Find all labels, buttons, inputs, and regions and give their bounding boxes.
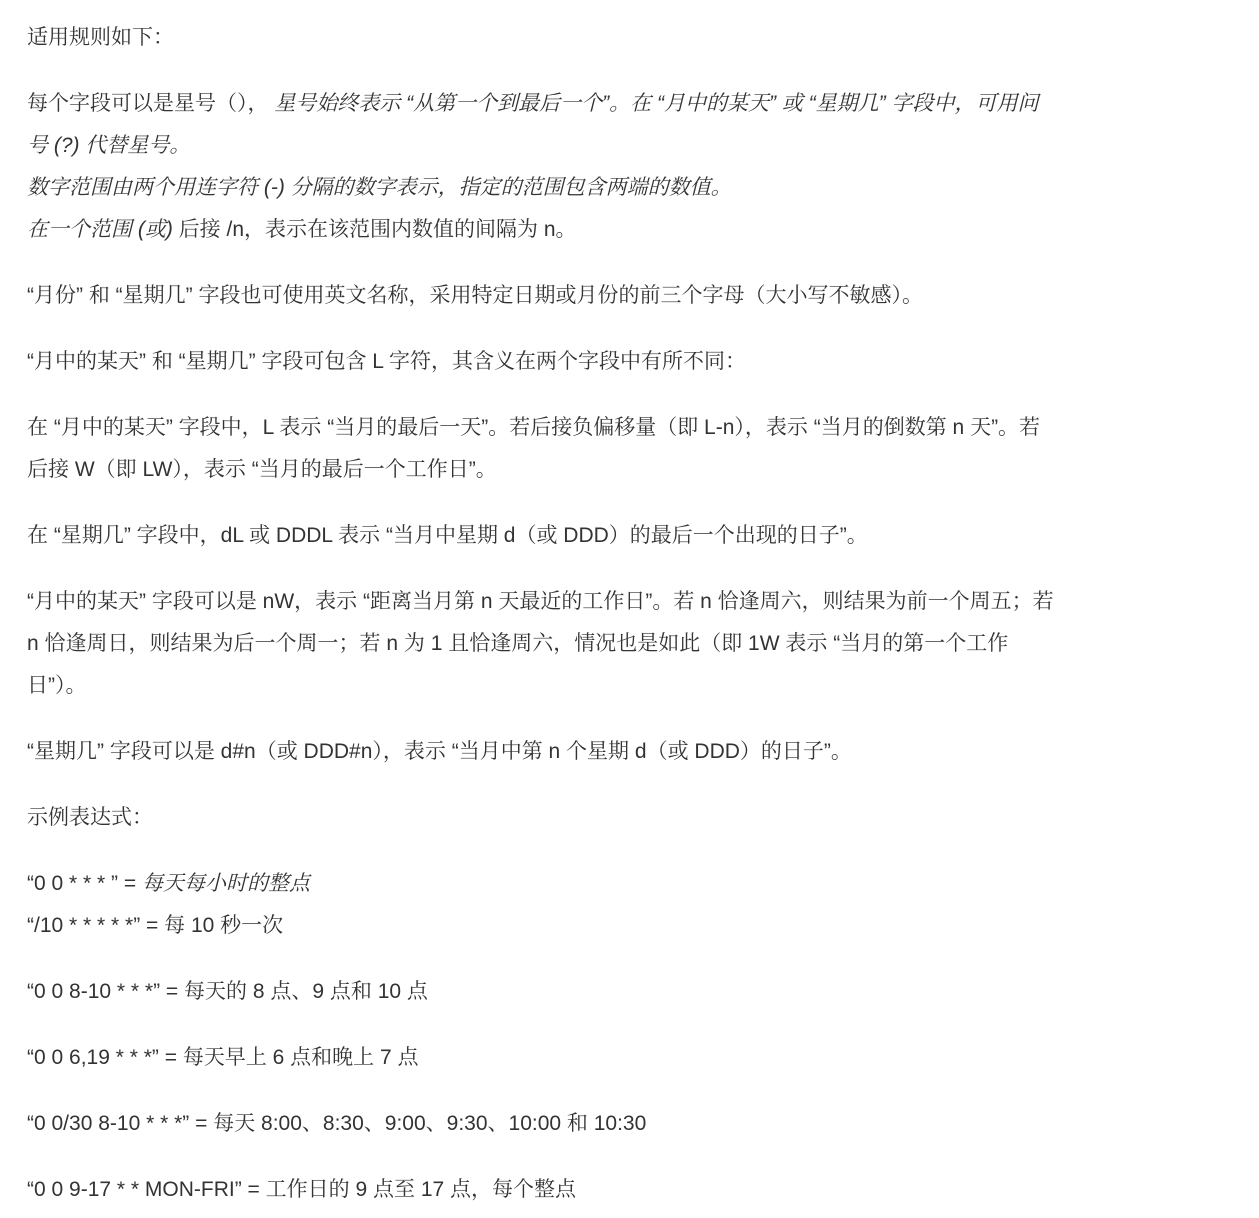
text-line: n 恰逢周日，则结果为后一个周一；若 n 为 1 且恰逢周六，情况也是如此（即 … [27,623,1239,665]
text-segment: 星号始终表示 “从第一个到最后一个”。在 “月中的某天” 或 “星期几” 字段中… [274,92,1038,115]
text-line: “0 0 * * * ” = 每天每小时的整点 [27,863,1239,905]
paragraph: 示例表达式： [27,797,1239,839]
text-line: “0 0/30 8-10 * * *” = 每天 8:00、8:30、9:00、… [27,1103,1239,1145]
text-line: “星期几” 字段可以是 d#n（或 DDD#n），表示 “当月中第 n 个星期 … [27,731,1239,773]
text-segment: “0 0/30 8-10 * * *” = 每天 8:00、8:30、9:00、… [27,1112,646,1135]
text-segment: 数字范围由两个用连字符 (-) 分隔的数字表示，指定的范围包含两端的数值。 [27,176,732,199]
text-line: 在 “星期几” 字段中，dL 或 DDDL 表示 “当月中星期 d（或 DDD）… [27,515,1239,557]
text-line: 后接 W（即 LW），表示 “当月的最后一个工作日”。 [27,449,1239,491]
text-segment: 每个字段可以是星号（）， [27,92,274,115]
text-segment: “0 0 * * * ” = [27,872,142,895]
paragraph: 在 “月中的某天” 字段中，L 表示 “当月的最后一天”。若后接负偏移量（即 L… [27,407,1239,491]
text-segment: “0 0 8-10 * * *” = 每天的 8 点、9 点和 10 点 [27,980,428,1003]
text-segment: “月中的某天” 字段可以是 nW，表示 “距离当月第 n 天最近的工作日”。若 … [27,590,1054,613]
paragraph: “月份” 和 “星期几” 字段也可使用英文名称，采用特定日期或月份的前三个字母（… [27,275,1239,317]
text-segment: 每天每小时的整点 [142,872,310,895]
text-line: 适用规则如下： [27,17,1239,59]
text-line: “0 0 6,19 * * *” = 每天早上 6 点和晚上 7 点 [27,1037,1239,1079]
text-segment: 在一个范围 (或) [27,218,179,241]
text-line: “0 0 8-10 * * *” = 每天的 8 点、9 点和 10 点 [27,971,1239,1013]
paragraph: 每个字段可以是星号（）， 星号始终表示 “从第一个到最后一个”。在 “月中的某天… [27,83,1239,251]
text-segment: “月份” 和 “星期几” 字段也可使用英文名称，采用特定日期或月份的前三个字母（… [27,284,923,307]
text-segment: 后接 W（即 LW），表示 “当月的最后一个工作日”。 [27,458,497,481]
text-segment: “月中的某天” 和 “星期几” 字段可包含 L 字符，其含义在两个字段中有所不同… [27,350,746,373]
text-line: “/10 * * * * *” = 每 10 秒一次 [27,905,1239,947]
text-line: 数字范围由两个用连字符 (-) 分隔的数字表示，指定的范围包含两端的数值。 [27,167,1239,209]
text-segment: “0 0 9-17 * * MON-FRI” = 工作日的 9 点至 17 点，… [27,1178,576,1201]
text-segment: 号 (?) 代替星号。 [27,134,190,157]
text-line: “月中的某天” 和 “星期几” 字段可包含 L 字符，其含义在两个字段中有所不同… [27,341,1239,383]
paragraph: “月中的某天” 字段可以是 nW，表示 “距离当月第 n 天最近的工作日”。若 … [27,581,1239,707]
text-line: 在一个范围 (或) 后接 /n，表示在该范围内数值的间隔为 n。 [27,209,1239,251]
text-segment: 在 “月中的某天” 字段中，L 表示 “当月的最后一天”。若后接负偏移量（即 L… [27,416,1040,439]
text-segment: “/10 * * * * *” = 每 10 秒一次 [27,914,283,937]
text-line: “月份” 和 “星期几” 字段也可使用英文名称，采用特定日期或月份的前三个字母（… [27,275,1239,317]
text-line: 示例表达式： [27,797,1239,839]
text-line: 日”）。 [27,665,1239,707]
text-line: “0 0 9-17 * * MON-FRI” = 工作日的 9 点至 17 点，… [27,1169,1239,1211]
paragraph: “0 0 * * * ” = 每天每小时的整点“/10 * * * * *” =… [27,863,1239,947]
text-segment: 在 “星期几” 字段中，dL 或 DDDL 表示 “当月中星期 d（或 DDD）… [27,524,868,547]
text-segment: “0 0 6,19 * * *” = 每天早上 6 点和晚上 7 点 [27,1046,419,1069]
paragraph: 适用规则如下： [27,17,1239,59]
paragraph: 在 “星期几” 字段中，dL 或 DDDL 表示 “当月中星期 d（或 DDD）… [27,515,1239,557]
paragraph: “0 0/30 8-10 * * *” = 每天 8:00、8:30、9:00、… [27,1103,1239,1145]
paragraph: “0 0 8-10 * * *” = 每天的 8 点、9 点和 10 点 [27,971,1239,1013]
paragraph: “0 0 9-17 * * MON-FRI” = 工作日的 9 点至 17 点，… [27,1169,1239,1211]
text-line: 号 (?) 代替星号。 [27,125,1239,167]
text-segment: n 恰逢周日，则结果为后一个周一；若 n 为 1 且恰逢周六，情况也是如此（即 … [27,632,1008,655]
text-segment: “星期几” 字段可以是 d#n（或 DDD#n），表示 “当月中第 n 个星期 … [27,740,852,763]
text-line: 在 “月中的某天” 字段中，L 表示 “当月的最后一天”。若后接负偏移量（即 L… [27,407,1239,449]
text-line: 每个字段可以是星号（）， 星号始终表示 “从第一个到最后一个”。在 “月中的某天… [27,83,1239,125]
text-segment: 后接 /n，表示在该范围内数值的间隔为 n。 [179,218,577,241]
document-body: 适用规则如下：每个字段可以是星号（）， 星号始终表示 “从第一个到最后一个”。在… [0,0,1259,1211]
paragraph: “月中的某天” 和 “星期几” 字段可包含 L 字符，其含义在两个字段中有所不同… [27,341,1239,383]
text-line: “月中的某天” 字段可以是 nW，表示 “距离当月第 n 天最近的工作日”。若 … [27,581,1239,623]
text-segment: 日”）。 [27,674,87,697]
text-segment: 示例表达式： [27,806,153,829]
text-segment: 适用规则如下： [27,26,174,49]
paragraph: “星期几” 字段可以是 d#n（或 DDD#n），表示 “当月中第 n 个星期 … [27,731,1239,773]
paragraph: “0 0 6,19 * * *” = 每天早上 6 点和晚上 7 点 [27,1037,1239,1079]
